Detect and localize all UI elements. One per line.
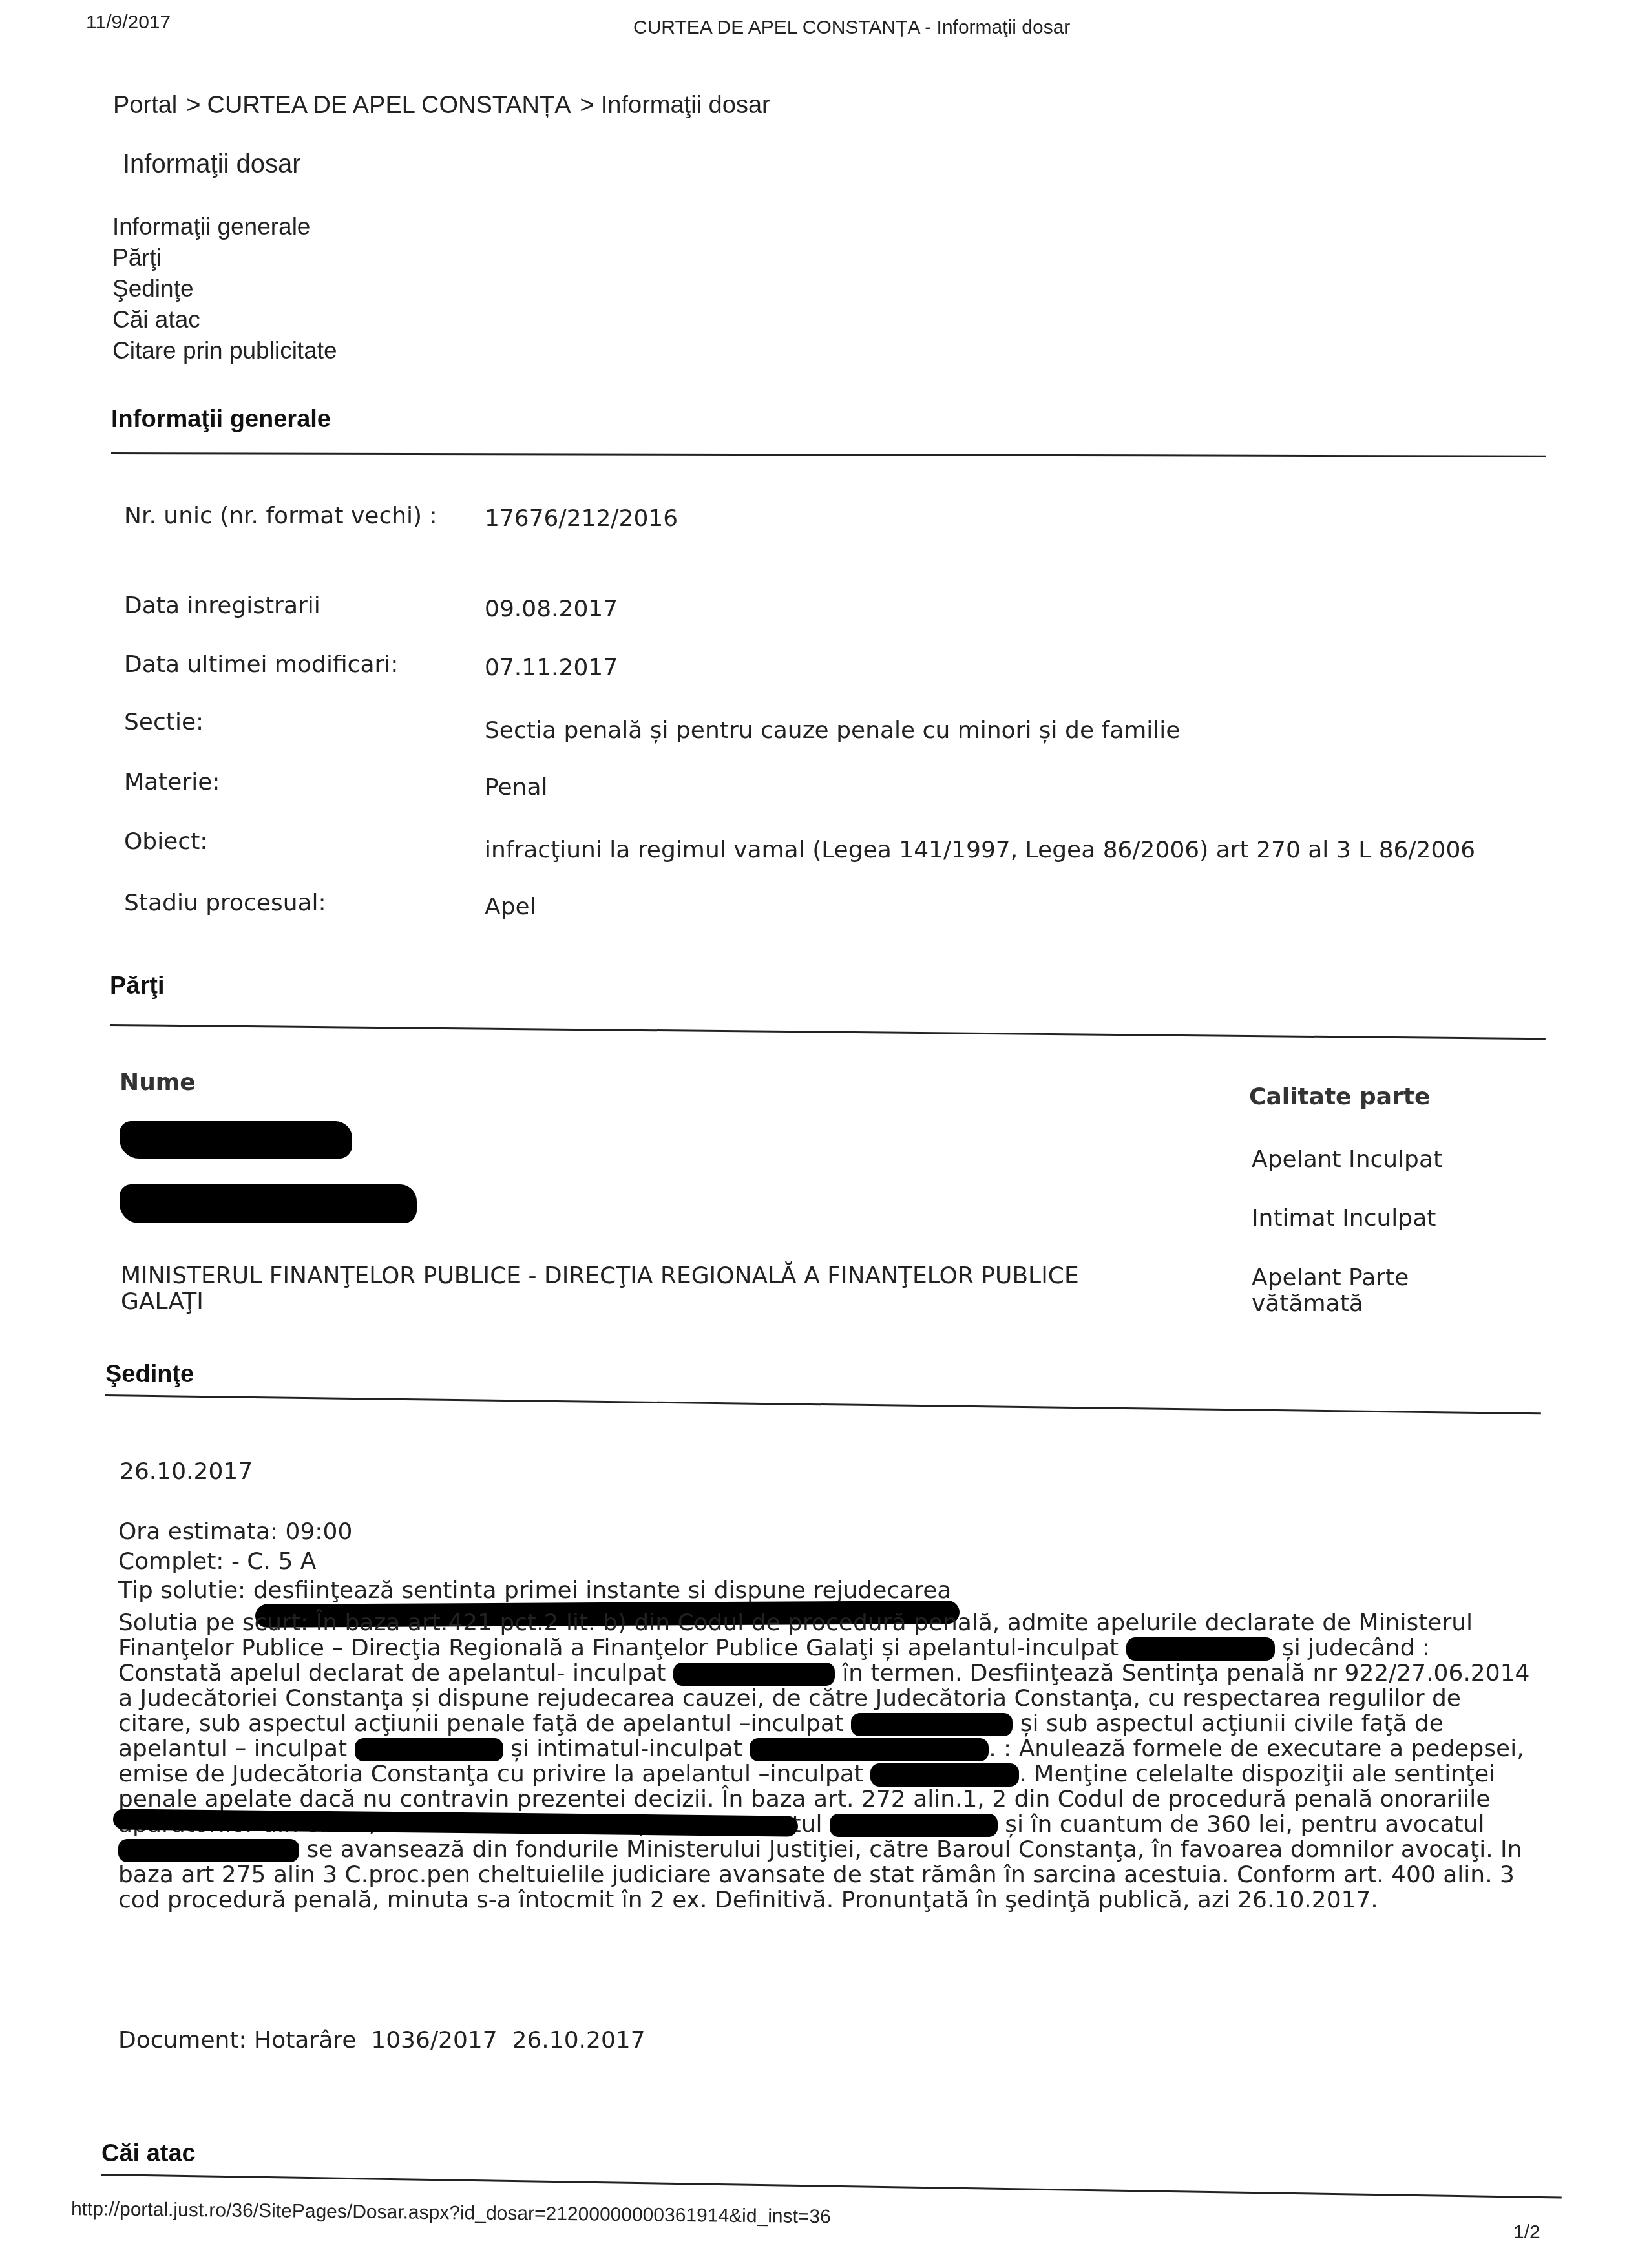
redacted-name (750, 1738, 989, 1761)
field-label-obiect: Obiect: (124, 828, 207, 855)
redacted-name (118, 1839, 299, 1862)
redacted-party-name (120, 1121, 352, 1159)
breadcrumb-current: Informaţii dosar (601, 92, 770, 119)
section-heading-sedinte: Şedinţe (105, 1361, 194, 1389)
document-label: Document: (118, 2027, 247, 2053)
field-value-obiect: infracţiuni la regimul vamal (Legea 141/… (485, 837, 1475, 863)
hearing-time-value: 09:00 (286, 1518, 353, 1545)
field-label-materie: Materie: (124, 769, 220, 795)
hearing-time: Ora estimata: 09:00 (118, 1518, 352, 1546)
breadcrumb-portal[interactable]: Portal (113, 92, 177, 119)
field-label-data-modificari: Data ultimei modificari: (124, 651, 398, 678)
breadcrumb: Portal>CURTEA DE APEL CONSTANȚA>Informaţ… (113, 92, 770, 120)
field-value-data-modificari: 07.11.2017 (485, 655, 618, 681)
redacted-party-name (120, 1184, 417, 1223)
print-title: CURTEA DE APEL CONSTANȚA - Informaţii do… (633, 17, 1070, 39)
hearing-date: 26.10.2017 (120, 1458, 253, 1486)
document-date: 26.10.2017 (512, 2027, 646, 2053)
field-label-data-inregistrarii: Data inregistrarii (124, 593, 320, 619)
field-label-stadiu: Stadiu procesual: (124, 890, 326, 916)
hearing-panel-value: - C. 5 A (231, 1548, 316, 1575)
nav-citare-prin-publicitate[interactable]: Citare prin publicitate (112, 335, 337, 366)
field-label-nr-unic: Nr. unic (nr. format vechi) : (124, 502, 460, 530)
section-divider (105, 1394, 1541, 1414)
section-divider (111, 452, 1546, 457)
solution-summary-label: Solutia pe scurt: (118, 1610, 308, 1636)
field-value-nr-unic: 17676/212/2016 (485, 505, 678, 532)
solution-summary: Solutia pe scurt: În baza art.421 pct.2 … (118, 1610, 1540, 1913)
party-name: MINISTERUL FINANŢELOR PUBLICE - DIRECŢIA… (121, 1263, 1168, 1315)
redacted-name (851, 1713, 1013, 1736)
field-value-materie: Penal (485, 774, 547, 801)
column-header-calitate: Calitate parte (1249, 1084, 1431, 1110)
party-quality: Apelant Inculpat (1252, 1147, 1442, 1173)
document-link[interactable]: 1036/2017 (371, 2027, 497, 2053)
section-heading-parti: Părţi (110, 972, 164, 1000)
nav-parti[interactable]: Părţi (112, 242, 337, 273)
section-heading-general: Informaţii generale (111, 406, 331, 434)
redacted-name (1126, 1637, 1275, 1661)
hearing-document: Document: Hotarâre 1036/2017 26.10.2017 (118, 2027, 646, 2054)
hearing-panel-label: Complet: (118, 1548, 224, 1575)
hearing-time-label: Ora estimata: (118, 1518, 278, 1545)
nav-informatii-generale[interactable]: Informaţii generale (112, 211, 337, 242)
redacted-name (830, 1814, 998, 1837)
field-value-stadiu: Apel (485, 894, 536, 920)
print-date: 11/9/2017 (86, 12, 171, 34)
breadcrumb-court[interactable]: CURTEA DE APEL CONSTANȚA (207, 92, 571, 119)
section-divider (101, 2174, 1562, 2198)
print-page-number: 1/2 (1513, 2221, 1540, 2243)
hearing-solution-type: Tip solutie: desfiinţează sentinta prime… (118, 1577, 951, 1604)
redacted-name (673, 1663, 835, 1686)
field-value-sectie: Sectia penală și pentru cauze penale cu … (485, 717, 1180, 744)
nav-sedinte[interactable]: Şedinţe (112, 273, 337, 304)
column-header-nume: Nume (120, 1069, 196, 1096)
print-footer-url: http://portal.just.ro/36/SitePages/Dosar… (71, 2198, 831, 2228)
redacted-name (355, 1738, 503, 1761)
party-quality: Apelant Parte vătămată (1252, 1265, 1445, 1317)
section-nav: Informaţii generale Părţi Şedinţe Căi at… (112, 211, 337, 366)
solution-type-value: desfiinţează sentinta primei instante si… (253, 1577, 952, 1604)
hearing-panel: Complet: - C. 5 A (118, 1548, 316, 1575)
document-type: Hotarâre (254, 2027, 356, 2053)
party-quality: Intimat Inculpat (1252, 1206, 1436, 1232)
field-value-data-inregistrarii: 09.08.2017 (485, 596, 618, 622)
redacted-name (870, 1763, 1019, 1787)
section-divider (110, 1024, 1546, 1040)
solution-type-label: Tip solutie: (118, 1577, 246, 1604)
field-label-sectie: Sectie: (124, 709, 204, 735)
page-title: Informaţii dosar (123, 150, 301, 179)
breadcrumb-separator: > (580, 92, 594, 119)
breadcrumb-separator: > (186, 92, 200, 119)
nav-cai-atac[interactable]: Căi atac (112, 304, 337, 335)
section-heading-cai-atac: Căi atac (101, 2140, 196, 2168)
